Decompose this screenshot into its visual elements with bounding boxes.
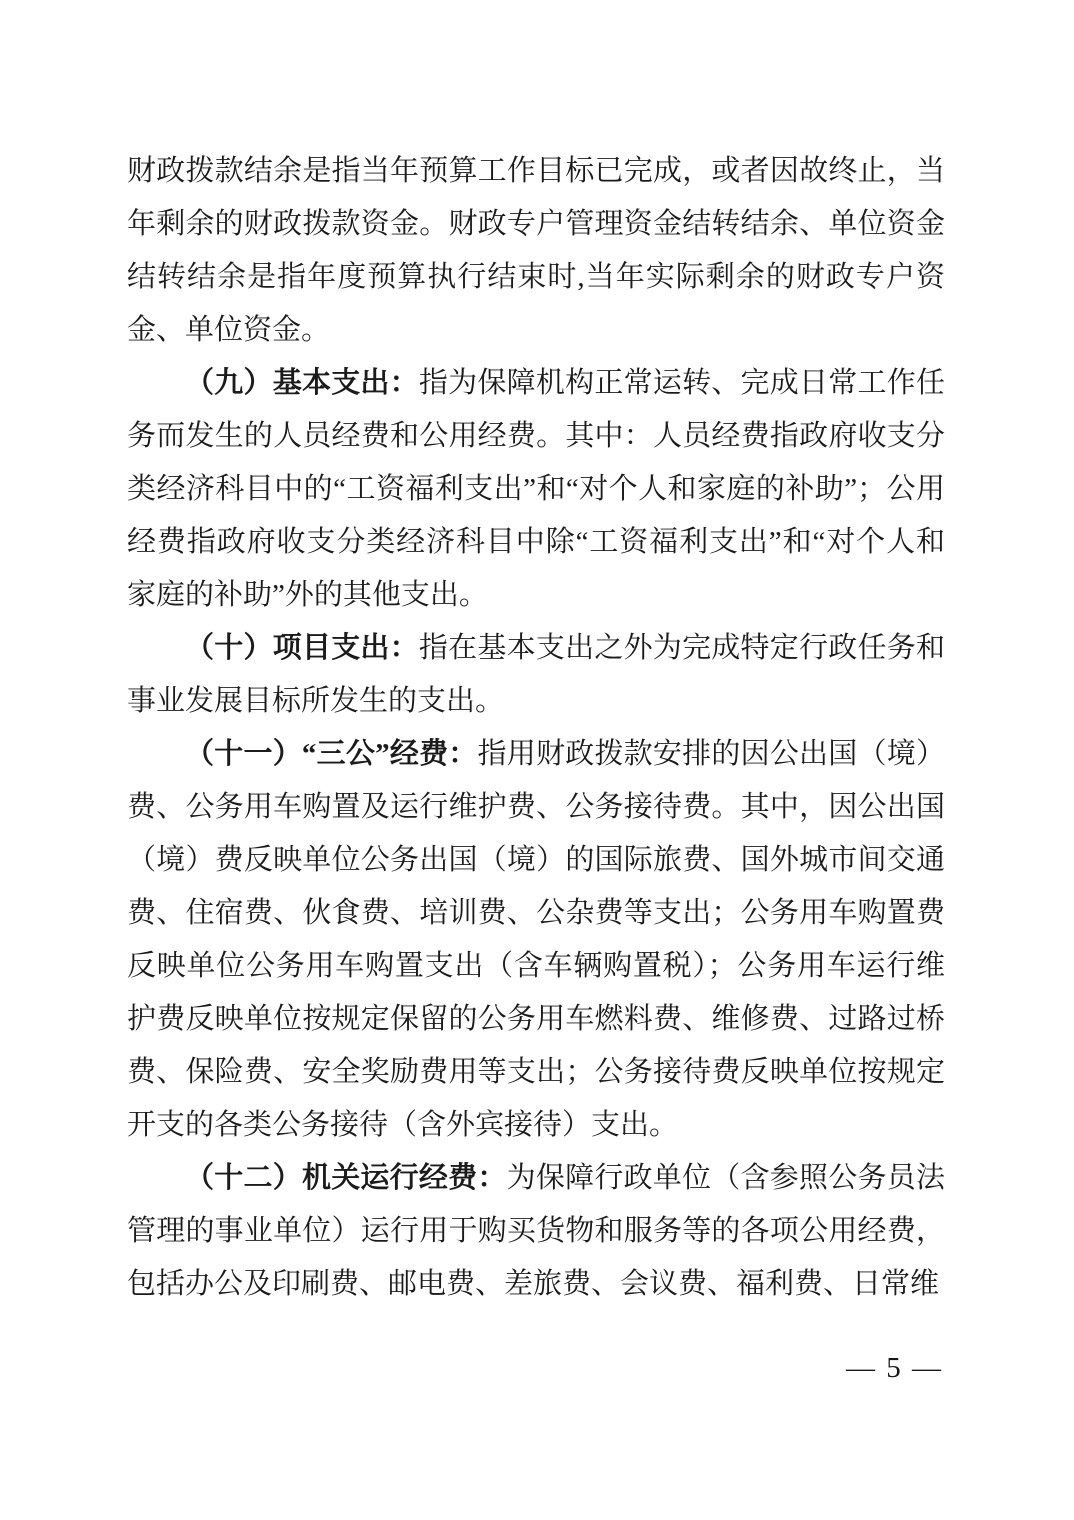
document-body: 财政拨款结余是指当年预算工作目标已完成，或者因故终止，当年剩余的财政拨款资金。财… xyxy=(127,145,945,1311)
paragraph-heading: （十一）“三公”经费： xyxy=(185,738,478,770)
paragraph-heading: （十二）机关运行经费： xyxy=(185,1162,507,1194)
paragraph: （十）项目支出：指在基本支出之外为完成特定行政任务和事业发展目标所发生的支出。 xyxy=(127,622,945,728)
paragraph: （十一）“三公”经费：指用财政拨款安排的因公出国（境）费、公务用车购置及运行维护… xyxy=(127,728,945,1152)
paragraph-heading: （九）基本支出： xyxy=(185,367,419,399)
paragraph: （十二）机关运行经费：为保障行政单位（含参照公务员法管理的事业单位）运行用于购买… xyxy=(127,1152,945,1311)
document-page: 财政拨款结余是指当年预算工作目标已完成，或者因故终止，当年剩余的财政拨款资金。财… xyxy=(0,0,1074,1520)
page-number: — 5 — xyxy=(846,1347,943,1389)
paragraph: （九）基本支出：指为保障机构正常运转、完成日常工作任务而发生的人员经费和公用经费… xyxy=(127,357,945,622)
paragraph-heading: （十）项目支出： xyxy=(185,632,419,664)
paragraph: 财政拨款结余是指当年预算工作目标已完成，或者因故终止，当年剩余的财政拨款资金。财… xyxy=(127,145,945,357)
